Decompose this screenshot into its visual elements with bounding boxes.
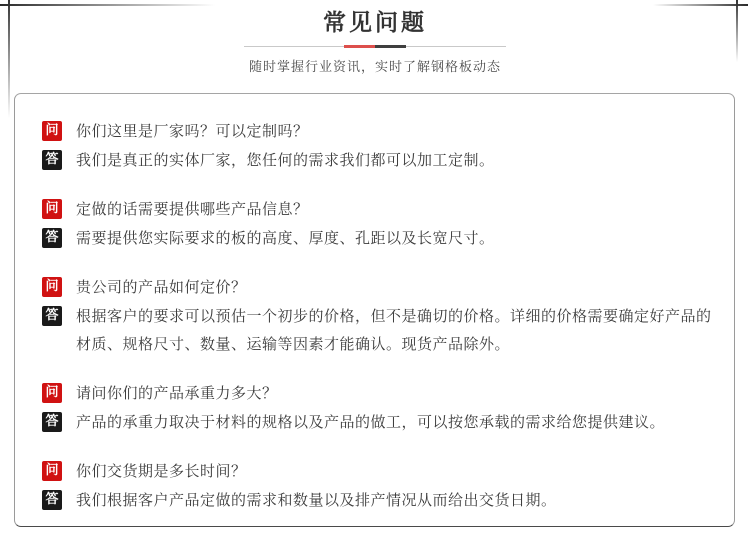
faq-item: 问 你们这里是厂家吗？可以定制吗？ 答 我们是真正的实体厂家，您任何的需求我们都… [42,117,712,174]
question-badge-icon: 问 [42,277,62,297]
question-row: 问 你们交货期是多长时间？ [42,457,712,485]
answer-badge-icon: 答 [42,412,62,432]
question-row: 问 请问你们的产品承重力多大？ [42,379,712,407]
answer-text: 我们根据客户产品定做的需求和数量以及排产情况从而给出交货日期。 [76,486,557,514]
answer-text: 根据客户的要求可以预估一个初步的价格，但不是确切的价格。详细的价格需要确定好产品… [76,302,712,358]
divider-dark-segment [375,45,406,48]
divider-red-segment [344,45,375,48]
answer-text: 需要提供您实际要求的板的高度、厚度、孔距以及长宽尺寸。 [76,224,495,252]
faq-item: 问 请问你们的产品承重力多大？ 答 产品的承重力取决于材料的规格以及产品的做工，… [42,379,712,436]
question-badge-icon: 问 [42,461,62,481]
question-text: 定做的话需要提供哪些产品信息？ [76,195,309,223]
page-subtitle: 随时掌握行业资讯，实时了解钢格板动态 [0,56,750,75]
faq-item: 问 你们交货期是多长时间？ 答 我们根据客户产品定做的需求和数量以及排产情况从而… [42,457,712,514]
faq-item: 问 定做的话需要提供哪些产品信息？ 答 需要提供您实际要求的板的高度、厚度、孔距… [42,195,712,252]
answer-badge-icon: 答 [42,150,62,170]
faq-container: 问 你们这里是厂家吗？可以定制吗？ 答 我们是真正的实体厂家，您任何的需求我们都… [14,93,735,527]
answer-badge-icon: 答 [42,306,62,326]
faq-page: 常见问题 随时掌握行业资讯，实时了解钢格板动态 问 你们这里是厂家吗？可以定制吗… [0,0,750,535]
answer-text: 产品的承重力取决于材料的规格以及产品的做工，可以按您承载的需求给您提供建议。 [76,408,665,436]
answer-badge-icon: 答 [42,490,62,510]
question-badge-icon: 问 [42,199,62,219]
question-text: 请问你们的产品承重力多大？ [76,379,278,407]
answer-row: 答 我们是真正的实体厂家，您任何的需求我们都可以加工定制。 [42,146,712,174]
answer-badge-icon: 答 [42,228,62,248]
question-text: 你们交货期是多长时间？ [76,457,247,485]
section-header: 常见问题 随时掌握行业资讯，实时了解钢格板动态 [0,8,750,75]
answer-row: 答 我们根据客户产品定做的需求和数量以及排产情况从而给出交货日期。 [42,486,712,514]
question-row: 问 定做的话需要提供哪些产品信息？ [42,195,712,223]
question-text: 你们这里是厂家吗？可以定制吗？ [76,117,309,145]
frame-top-right-line [653,4,748,6]
question-badge-icon: 问 [42,383,62,403]
answer-text: 我们是真正的实体厂家，您任何的需求我们都可以加工定制。 [76,146,495,174]
answer-row: 答 产品的承重力取决于材料的规格以及产品的做工，可以按您承载的需求给您提供建议。 [42,408,712,436]
question-row: 问 你们这里是厂家吗？可以定制吗？ [42,117,712,145]
frame-top-left-line [0,4,215,6]
question-row: 问 贵公司的产品如何定价？ [42,273,712,301]
question-text: 贵公司的产品如何定价？ [76,273,247,301]
faq-item: 问 贵公司的产品如何定价？ 答 根据客户的要求可以预估一个初步的价格，但不是确切… [42,273,712,358]
title-divider [244,45,506,48]
answer-row: 答 需要提供您实际要求的板的高度、厚度、孔距以及长宽尺寸。 [42,224,712,252]
question-badge-icon: 问 [42,121,62,141]
page-title: 常见问题 [0,8,750,38]
answer-row: 答 根据客户的要求可以预估一个初步的价格，但不是确切的价格。详细的价格需要确定好… [42,302,712,358]
